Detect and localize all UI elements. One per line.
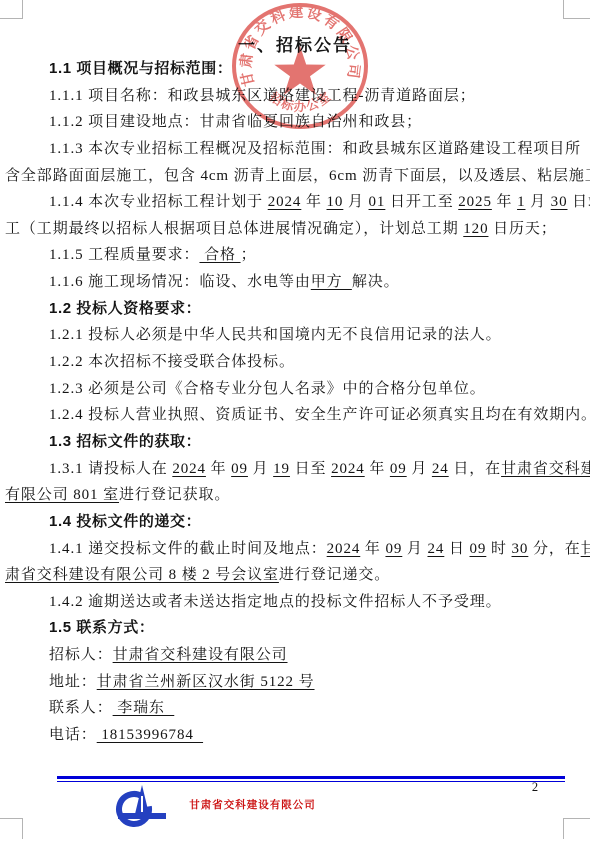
filled-in-value: 合格 (199, 247, 240, 263)
seal-star-icon (274, 46, 325, 95)
body-text: 1.2.2 本次招标不接受联合体投标。 (49, 354, 295, 370)
footer-company-name: 甘肃省交科建设有限公司 (0, 797, 505, 812)
filled-in-value: 甘肃省交科建设有限公司 (113, 647, 288, 663)
body-text: 招标人： (49, 647, 113, 663)
filled-in-value: 10 (327, 194, 344, 210)
body-text: 1.2.1 投标人必须是中华人民共和国境内无不良信用记录的法人。 (49, 327, 502, 343)
body-text: 1.1.4 本次专业招标工程计划于 (49, 194, 268, 210)
filled-in-value: 甘肃省交科建设 (501, 461, 590, 477)
filled-in-value: 甘 (581, 541, 590, 557)
filled-in-value: 09 (470, 541, 487, 557)
filled-in-value: 09 (390, 461, 407, 477)
filled-in-value: 2025 (458, 194, 492, 210)
page-number: 2 (525, 780, 545, 795)
filled-in-value: 2024 (172, 461, 206, 477)
body-line: 1.1.6 施工现场情况：临设、水电等由甲方 解决。 (5, 269, 588, 296)
filled-in-value: 有限公司 801 室 (5, 487, 119, 503)
body-line: 电话： 18153996784 (5, 722, 588, 749)
body-text: 年 (365, 461, 390, 477)
body-text: 1.3.1 请投标人在 (49, 461, 172, 477)
body-text: 电话： (49, 727, 97, 743)
body-text: 1.4 投标文件的递交： (49, 513, 201, 530)
svg-text:招标办公室: 招标办公室 (266, 88, 334, 114)
body-line: 肃省交科建设有限公司 8 楼 2 号会议室进行登记递交。 (5, 562, 588, 589)
filled-in-value: 2024 (327, 541, 361, 557)
body-line: 1.5 联系方式： (5, 615, 588, 642)
body-text: 1.2.4 投标人营业执照、资质证书、安全生产许可证必须真实且均在有效期内。 (49, 407, 590, 423)
filled-in-value: 19 (273, 461, 290, 477)
body-text: 日 (444, 541, 469, 557)
crop-mark-top-left-icon (0, 0, 23, 19)
company-seal-stamp-icon: 甘肃省交科建设有限公司 招标办公室 (231, 2, 371, 136)
body-text: 进行登记获取。 (119, 487, 230, 503)
body-text: 年 (301, 194, 326, 210)
body-line: 1.2 投标人资格要求： (5, 296, 588, 323)
filled-in-value: 09 (231, 461, 248, 477)
crop-mark-top-right-icon (563, 0, 590, 19)
body-text: 分，在 (528, 541, 580, 557)
body-text: 联系人： (49, 700, 113, 716)
seal-bottom-text: 招标办公室 (266, 88, 334, 114)
body-line: 1.4 投标文件的递交： (5, 509, 588, 536)
body-text: 1.3 招标文件的获取： (49, 433, 201, 450)
body-line: 1.1.5 工程质量要求： 合格 ； (5, 242, 588, 269)
filled-in-value: 李瑞东 (113, 700, 175, 716)
body-text: 月 (248, 461, 273, 477)
filled-in-value: 2024 (268, 194, 302, 210)
body-line: 1.2.1 投标人必须是中华人民共和国境内无不良信用记录的法人。 (5, 322, 588, 349)
filled-in-value: 24 (432, 461, 449, 477)
body-line: 联系人： 李瑞东 (5, 695, 588, 722)
body-line: 1.1.3 本次专业招标工程概况及招标范围：和政县城东区道路建设工程项目所 (5, 136, 588, 163)
document-body: 1.1 项目概况与招标范围：1.1.1 项目名称：和政县城东区道路建设工程-沥青… (5, 56, 588, 749)
body-text: 月 (525, 194, 550, 210)
body-line: 1.2.2 本次招标不接受联合体投标。 (5, 349, 588, 376)
filled-in-value: 09 (385, 541, 402, 557)
body-line: 1.2.4 投标人营业执照、资质证书、安全生产许可证必须真实且均在有效期内。 (5, 402, 588, 429)
filled-in-value: 24 (427, 541, 444, 557)
body-line: 1.2.3 必须是公司《合格专业分包人名录》中的合格分包单位。 (5, 376, 588, 403)
body-text: 地址： (49, 674, 97, 690)
filled-in-value: 30 (551, 194, 568, 210)
body-text: 时 (486, 541, 511, 557)
body-line: 1.4.2 逾期送达或者未送达指定地点的投标文件招标人不予受理。 (5, 589, 588, 616)
body-line: 1.1.4 本次专业招标工程计划于 2024 年 10 月 01 日开工至 20… (5, 189, 588, 216)
body-text: 月 (402, 541, 427, 557)
body-text: 1.1 项目概况与招标范围： (49, 60, 232, 77)
body-text: 1.4.1 递交投标文件的截止时间及地点： (49, 541, 327, 557)
body-text: 1.4.2 逾期送达或者未送达指定地点的投标文件招标人不予受理。 (49, 594, 502, 610)
crop-mark-bottom-right-icon (563, 818, 590, 839)
body-text: 含全部路面面层施工，包含 4cm 沥青上面层，6cm 沥青下面层，以及透层、粘层… (5, 168, 590, 184)
body-text: 进行登记递交。 (279, 567, 390, 583)
body-line: 工（工期最终以招标人根据项目总体进展情况确定），计划总工期 120 日历天； (5, 216, 588, 243)
body-line: 1.3.1 请投标人在 2024 年 09 月 19 日至 2024 年 09 … (5, 456, 588, 483)
body-text: 1.2.3 必须是公司《合格专业分包人名录》中的合格分包单位。 (49, 381, 486, 397)
filled-in-value: 30 (512, 541, 529, 557)
body-text: 日竣 (567, 194, 590, 210)
body-text: 解决。 (352, 274, 400, 290)
body-text: 工（工期最终以招标人根据项目总体进展情况确定），计划总工期 (5, 221, 463, 237)
body-text: 日历天； (488, 221, 556, 237)
filled-in-value: 肃省交科建设有限公司 8 楼 2 号会议室 (5, 567, 279, 583)
body-text: 月 (407, 461, 432, 477)
body-text: 年 (206, 461, 231, 477)
body-text: 1.1.5 工程质量要求： (49, 247, 199, 263)
body-line: 地址：甘肃省兰州新区汉水街 5122 号 (5, 669, 588, 696)
footer-double-rule (57, 776, 565, 782)
filled-in-value: 甘肃省兰州新区汉水街 5122 号 (97, 674, 315, 690)
body-text: 日开工至 (385, 194, 458, 210)
body-line: 招标人：甘肃省交科建设有限公司 (5, 642, 588, 669)
body-text: 日至 (290, 461, 331, 477)
body-text: 1.1.3 本次专业招标工程概况及招标范围：和政县城东区道路建设工程项目所 (49, 141, 581, 157)
document-page: 一、招标公告 1.1 项目概况与招标范围：1.1.1 项目名称：和政县城东区道路… (0, 0, 590, 845)
body-line: 1.4.1 递交投标文件的截止时间及地点：2024 年 09 月 24 日 09… (5, 536, 588, 563)
filled-in-value: 18153996784 (97, 727, 203, 743)
body-text: 1.2 投标人资格要求： (49, 300, 201, 317)
body-line: 含全部路面面层施工，包含 4cm 沥青上面层，6cm 沥青下面层，以及透层、粘层… (5, 163, 588, 190)
body-text: 日，在 (449, 461, 501, 477)
body-line: 1.3 招标文件的获取： (5, 429, 588, 456)
body-text: 1.1.6 施工现场情况：临设、水电等由 (49, 274, 311, 290)
body-text: 年 (360, 541, 385, 557)
crop-mark-bottom-left-icon (0, 818, 23, 839)
filled-in-value: 01 (369, 194, 386, 210)
body-text: ； (241, 247, 257, 263)
body-text: 1.5 联系方式： (49, 619, 154, 636)
filled-in-value: 甲方 (311, 274, 352, 290)
body-line: 有限公司 801 室进行登记获取。 (5, 482, 588, 509)
filled-in-value: 120 (463, 221, 488, 237)
body-text: 月 (343, 194, 368, 210)
body-text: 年 (492, 194, 517, 210)
filled-in-value: 2024 (331, 461, 365, 477)
